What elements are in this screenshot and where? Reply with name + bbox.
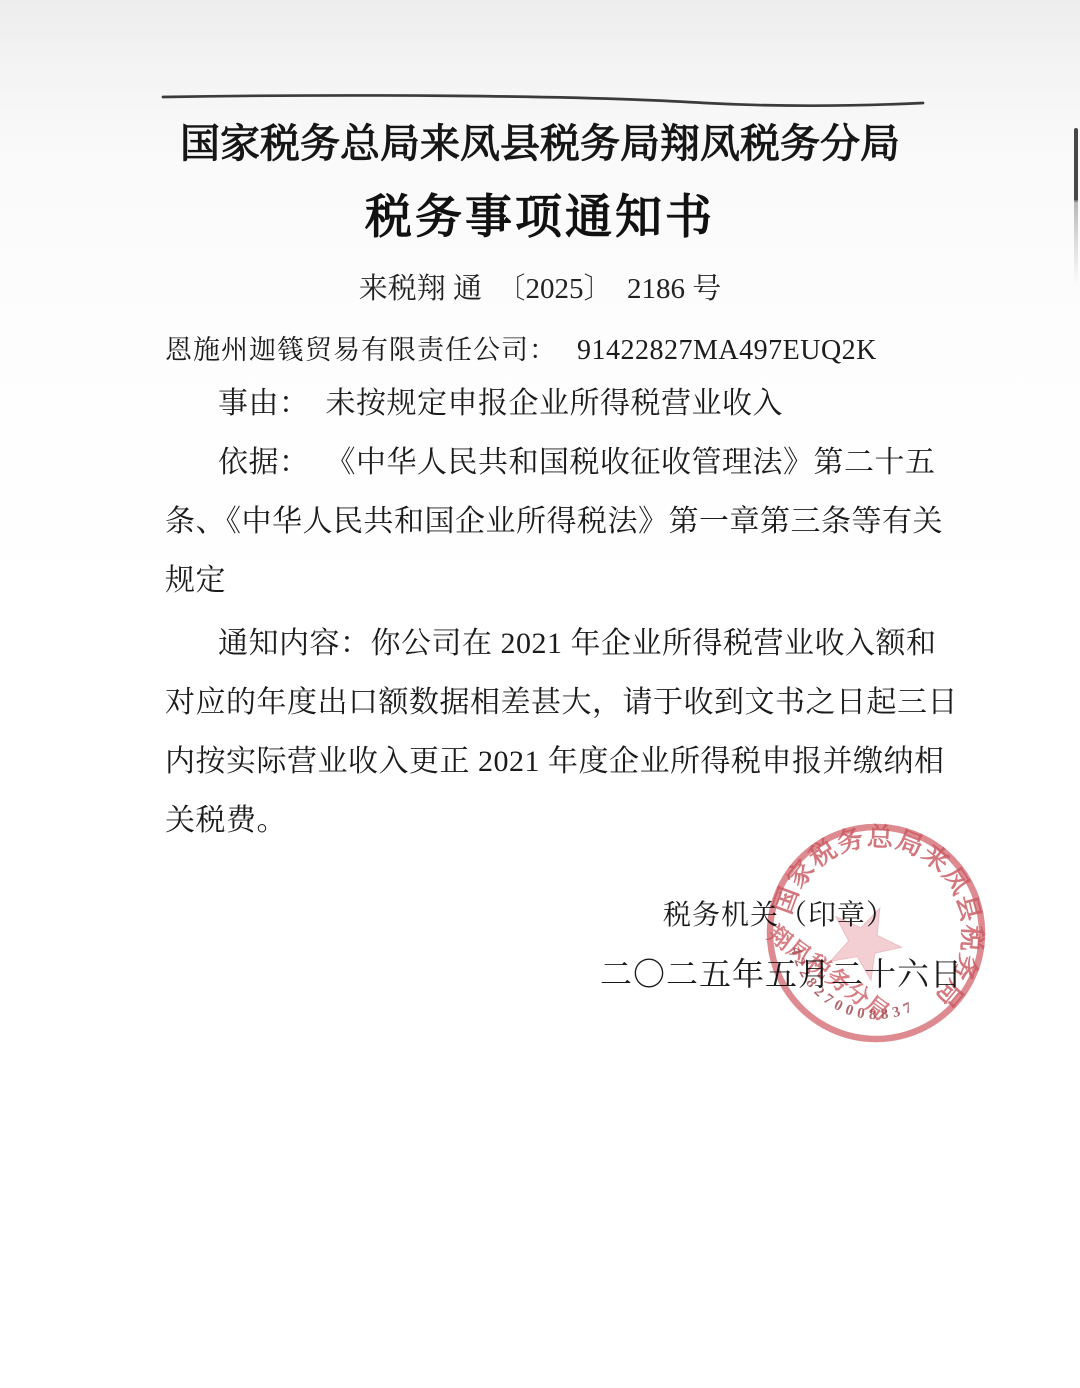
body-line-content-1: 通知内容：你公司在 2021 年企业所得税营业收入额和 (165, 614, 927, 673)
official-seal: 国家税务总局来凤县税务局 翔凤税务分局 4228270008837 (760, 817, 992, 1049)
body-line-content-2: 对应的年度出口额数据相差甚大，请于收到文书之日起三日 (165, 673, 927, 732)
seal-ring (760, 817, 992, 1049)
body-line-basis-1: 依据： 《中华人民共和国税收征收管理法》第二十五 (165, 433, 927, 492)
body-line-content-3: 内按实际营业收入更正 2021 年度企业所得税申报并缴纳相 (165, 732, 927, 791)
body-line-basis-3: 规定 (165, 551, 927, 610)
body-line-reason: 事由： 未按规定申报企业所得税营业收入 (165, 374, 927, 433)
notice-body: 事由： 未按规定申报企业所得税营业收入 依据： 《中华人民共和国税收征收管理法》… (165, 374, 927, 850)
scanned-tax-notice-page: 国家税务总局来凤县税务局翔凤税务分局 税务事项通知书 来税翔 通 〔2025〕 … (0, 0, 1080, 1388)
signature-issuer: 税务机关（印章） (663, 893, 895, 933)
scan-edge-artifact-fade (1074, 200, 1078, 284)
recipient-credit-code: 91422827MA497EUQ2K (577, 335, 877, 367)
recipient-line: 恩施州迦篯贸易有限责任公司： 91422827MA497EUQ2K (165, 328, 965, 367)
letterhead-rule (160, 90, 926, 110)
document-title: 税务事项通知书 (0, 180, 1080, 247)
scan-edge-artifact-dark (1074, 128, 1078, 202)
issuing-org-title: 国家税务总局来凤县税务局翔凤税务分局 (0, 112, 1080, 169)
recipient-company-name: 恩施州迦篯贸易有限责任公司： (165, 328, 557, 367)
body-line-basis-2: 条、《中华人民共和国企业所得税法》第一章第三条等有关 (165, 492, 927, 551)
document-number: 来税翔 通 〔2025〕 2186 号 (0, 266, 1080, 307)
body-line-content-4: 关税费。 (165, 791, 927, 850)
signature-date: 二〇二五年五月二十六日 (600, 949, 963, 995)
